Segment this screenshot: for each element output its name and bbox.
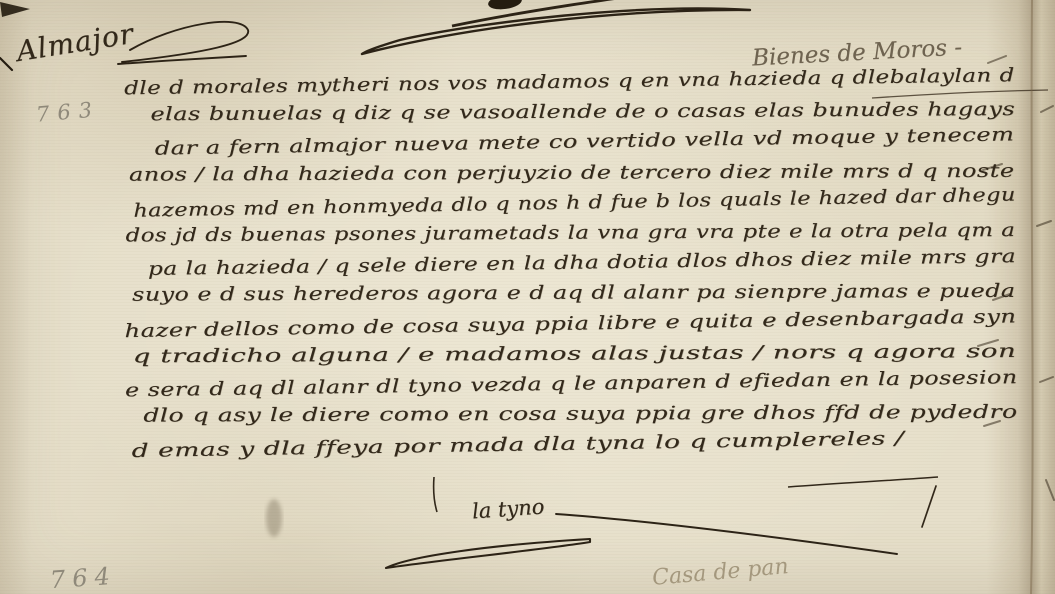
folio-number-top: 763	[35, 97, 101, 126]
descender-stroke	[434, 477, 437, 512]
underline-line12	[788, 477, 938, 487]
signature-la-tyno: la tyno	[471, 495, 545, 524]
signature-rubric-long	[556, 514, 897, 554]
corner-mark-top-left	[0, 2, 30, 17]
flourish-almajor	[118, 22, 248, 64]
manuscript-page: Almajor 763 Bienes de Moros - dle d mora…	[0, 0, 1055, 594]
gutter-crease	[1031, 0, 1033, 594]
slash-line13	[922, 486, 936, 527]
footer-annotation-casa-de-pan: Casa de pan	[651, 554, 789, 591]
folio-number-bottom: 764	[49, 562, 118, 594]
signature-rubric-loop	[386, 539, 590, 568]
header-annotation-almajor: Almajor	[14, 17, 136, 68]
ink-blob-top	[487, 0, 523, 11]
ink-smudge	[266, 499, 282, 537]
manuscript-text-block: dle d morales mytheri nos vos madamos q …	[122, 63, 1018, 464]
edge-tick-left	[0, 58, 12, 70]
flourish-top-cut	[452, 0, 705, 26]
flourish-top-large	[362, 9, 750, 54]
